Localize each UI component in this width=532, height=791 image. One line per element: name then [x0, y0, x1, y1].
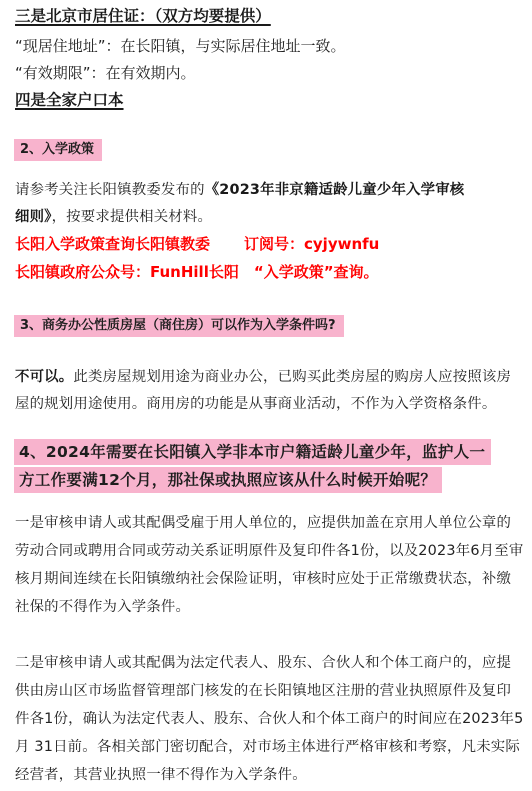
section4-header-line2: 方工作要满12个月，那社保或执照应该从什么时候开始呢？: [14, 467, 442, 493]
section2-intro-prefix: 请参考关注长阳镇教委发布的: [15, 182, 205, 198]
para2-line5: 经营者，其营业执照一律不得作为入学条件。: [15, 765, 307, 785]
section3-answer-text1: 此类房屋规划用途为商业办公，已购买此类房屋的购房人应按照该房: [73, 369, 511, 385]
section4-title-2: 方工作要满12个月，那社保或执照应该从什么时候开始呢？: [14, 467, 442, 493]
section2-intro-line1: 请参考关注长阳镇教委发布的《2023年非京籍适龄儿童少年入学审核: [15, 180, 464, 200]
para1-line2: 劳动合同或聘用合同或劳动关系证明原件及复印件各1份，以及2023年6月至审: [15, 541, 523, 561]
residence-permit-heading: 三是北京市居住证：（双方均要提供）: [15, 6, 271, 26]
section3-title: 3、商务办公性质房屋（商住房）可以作为入学条件吗?: [14, 315, 344, 337]
section2-intro-line2: 细则》，按要求提供相关材料。: [15, 207, 212, 227]
section3-answer-line2: 屋的规划用途使用。商用房的功能是从事商业活动，不作为入学资格条件。: [15, 394, 497, 414]
para1-line1: 一是审核申请人或其配偶受雇于用人单位的，应提供加盖在京用人单位公章的: [15, 513, 511, 533]
section3-answer-bold: 不可以。: [15, 369, 73, 385]
para2-line4: 月 31日前。各相关部门密切配合，对市场主体进行严格审核和考察，凡未实际: [15, 737, 520, 757]
residence-address-line: “现居住地址”：在长阳镇，与实际居住地址一致。: [15, 36, 346, 56]
regulation-title-part2: 细则》: [15, 209, 52, 225]
para2-line1: 二是审核申请人或其配偶为法定代表人、股东、合伙人和个体工商户的，应提: [15, 653, 511, 673]
regulation-title-part1: 《2023年非京籍适龄儿童少年入学审核: [205, 182, 465, 198]
section4-header-line1: 4、2024年需要在长阳镇入学非本市户籍适龄儿童少年，监护人一: [14, 439, 491, 465]
gov-account-line: 长阳镇政府公众号：FunHill长阳 “入学政策”查询。: [15, 262, 379, 282]
section2-header: 2、入学政策: [14, 138, 102, 161]
para2-line3: 件各1份，确认为法定代表人、股东、合伙人和个体工商户的时间应在2023年5: [15, 709, 523, 729]
para1-line3: 核月期间连续在长阳镇缴纳社会保险证明，审核时应处于正常缴费状态，补缴: [15, 569, 511, 589]
section2-title: 2、入学政策: [14, 139, 102, 161]
section2-intro-suffix: ，按要求提供相关材料。: [52, 209, 213, 225]
residence-validity-line: “有效期限”：在有效期内。: [15, 63, 196, 83]
subscription-id: 订阅号：cyjywnfu: [244, 235, 379, 253]
policy-query-line: 长阳入学政策查询长阳镇教委订阅号：cyjywnfu: [15, 234, 379, 254]
para2-line2: 供由房山区市场监督管理部门核发的在长阳镇地区注册的营业执照原件及复印: [15, 681, 511, 701]
section3-answer-line1: 不可以。此类房屋规划用途为商业办公，已购买此类房屋的购房人应按照该房: [15, 367, 511, 387]
section4-title-1: 4、2024年需要在长阳镇入学非本市户籍适龄儿童少年，监护人一: [14, 439, 491, 465]
section3-header: 3、商务办公性质房屋（商住房）可以作为入学条件吗?: [14, 314, 344, 337]
policy-query-source: 长阳入学政策查询长阳镇教委: [15, 235, 210, 253]
household-register-heading: 四是全家户口本: [15, 90, 124, 110]
para1-line4: 社保的不得作为入学条件。: [15, 597, 190, 617]
